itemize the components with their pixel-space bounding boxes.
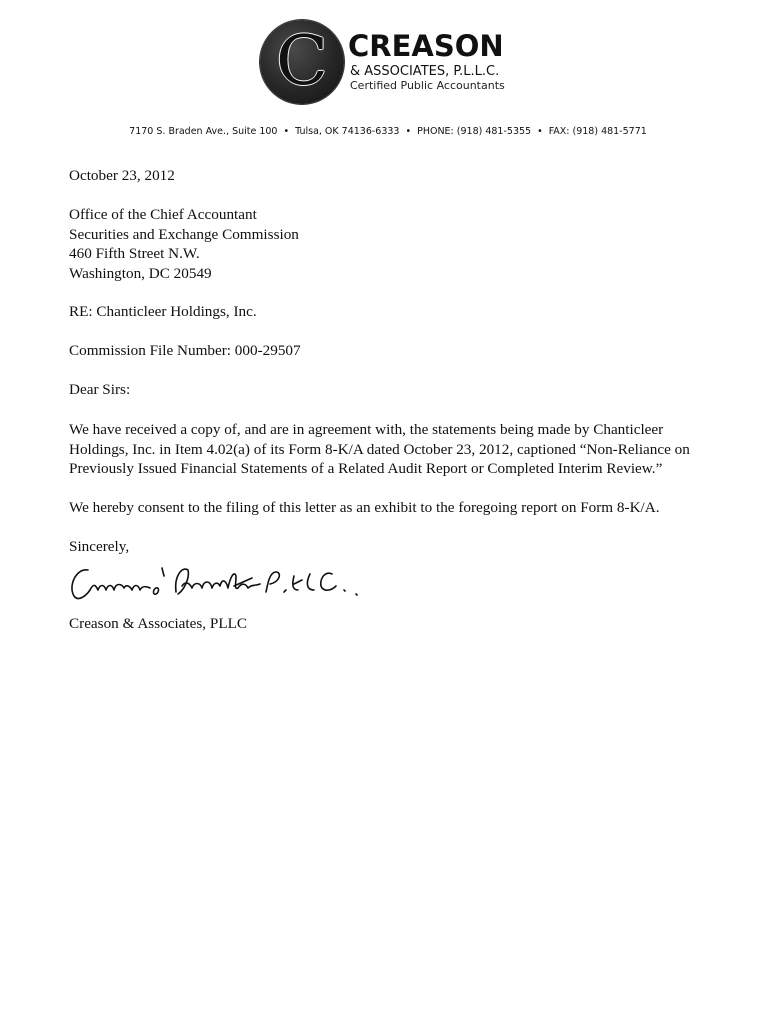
body-paragraph-1: We have received a copy of, and are in a… [69,420,669,479]
handwritten-signature: Creason & Associates P.L.L.C. [66,556,386,606]
commission-file-number: Commission File Number: 000-29507 [69,341,301,361]
letterhead-contact-line: 7170 S. Braden Ave., Suite 100•Tulsa, OK… [0,126,776,137]
letter-page: C CREASON & ASSOCIATES, P.L.L.C. Certifi… [0,0,776,1015]
bullet-separator: • [405,126,411,137]
bullet-separator: • [537,126,543,137]
paragraph-line: Holdings, Inc. in Item 4.02(a) of its Fo… [69,440,669,460]
firm-logo-emblem: C [260,20,344,104]
recipient-line: 460 Fifth Street N.W. [69,244,299,264]
firm-fax: FAX: (918) 481-5771 [549,126,647,137]
firm-city: Tulsa, OK 74136-6333 [295,126,399,137]
firm-address: 7170 S. Braden Ave., Suite 100 [129,126,277,137]
recipient-address-block: Office of the Chief Accountant Securitie… [69,205,299,283]
recipient-line: Securities and Exchange Commission [69,225,299,245]
firm-subtitle: & ASSOCIATES, P.L.L.C. [350,64,499,79]
recipient-line: Office of the Chief Accountant [69,205,299,225]
bullet-separator: • [283,126,289,137]
firm-phone: PHONE: (918) 481-5355 [417,126,531,137]
signer-name: Creason & Associates, PLLC [69,614,247,634]
recipient-line: Washington, DC 20549 [69,264,299,284]
subject-line: RE: Chanticleer Holdings, Inc. [69,302,257,322]
paragraph-line: Previously Issued Financial Statements o… [69,459,669,479]
body-paragraph-2: We hereby consent to the filing of this … [69,498,660,518]
letter-date: October 23, 2012 [69,166,175,186]
logo-letter: C [260,20,344,104]
paragraph-line: We have received a copy of, and are in a… [69,420,669,440]
closing: Sincerely, [69,537,129,557]
firm-name: CREASON [348,30,504,62]
salutation: Dear Sirs: [69,380,130,400]
firm-tagline: Certified Public Accountants [350,79,505,92]
